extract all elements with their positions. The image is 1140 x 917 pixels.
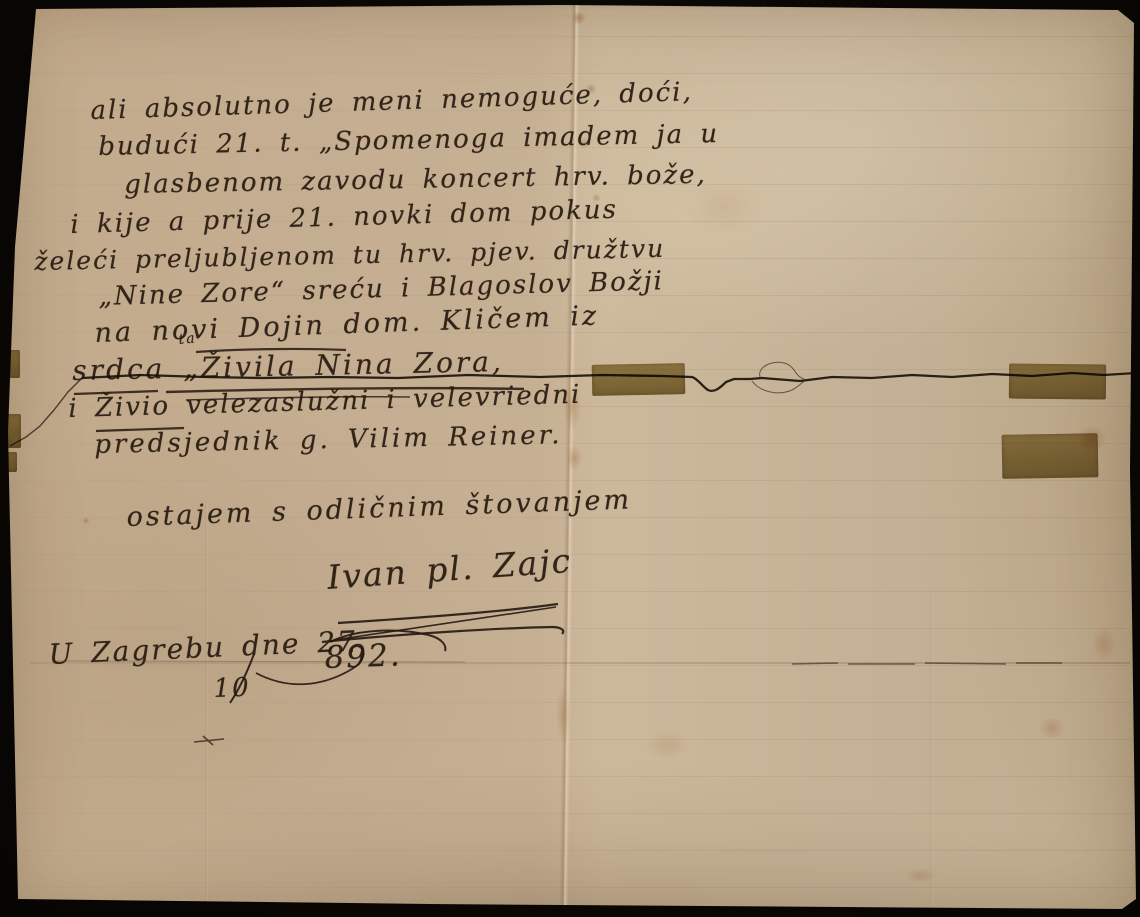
tape-patch	[592, 363, 686, 396]
handwritten-superscript: ta	[178, 330, 197, 348]
tape-patch	[1002, 433, 1099, 479]
stain	[556, 685, 570, 743]
date-month: 10	[213, 673, 251, 704]
stain	[82, 517, 90, 524]
right-fold-crease	[930, 595, 933, 910]
tape-patch-edge	[5, 350, 20, 378]
stain	[645, 730, 689, 760]
tape-patch-edge	[3, 452, 17, 472]
tape-patch-edge	[4, 414, 21, 448]
stain	[1092, 626, 1116, 662]
letter-paper: ali absolutno je meni nemoguće, doći, bu…	[0, 0, 1140, 917]
left-fold-crease	[205, 505, 208, 905]
scan-background: ali absolutno je meni nemoguće, doći, bu…	[0, 0, 1140, 917]
date-year: 892.	[324, 637, 402, 676]
stain	[905, 868, 937, 883]
tape-patch	[1009, 363, 1106, 399]
stain	[566, 445, 582, 471]
stain	[571, 12, 587, 24]
stain	[1038, 718, 1066, 738]
